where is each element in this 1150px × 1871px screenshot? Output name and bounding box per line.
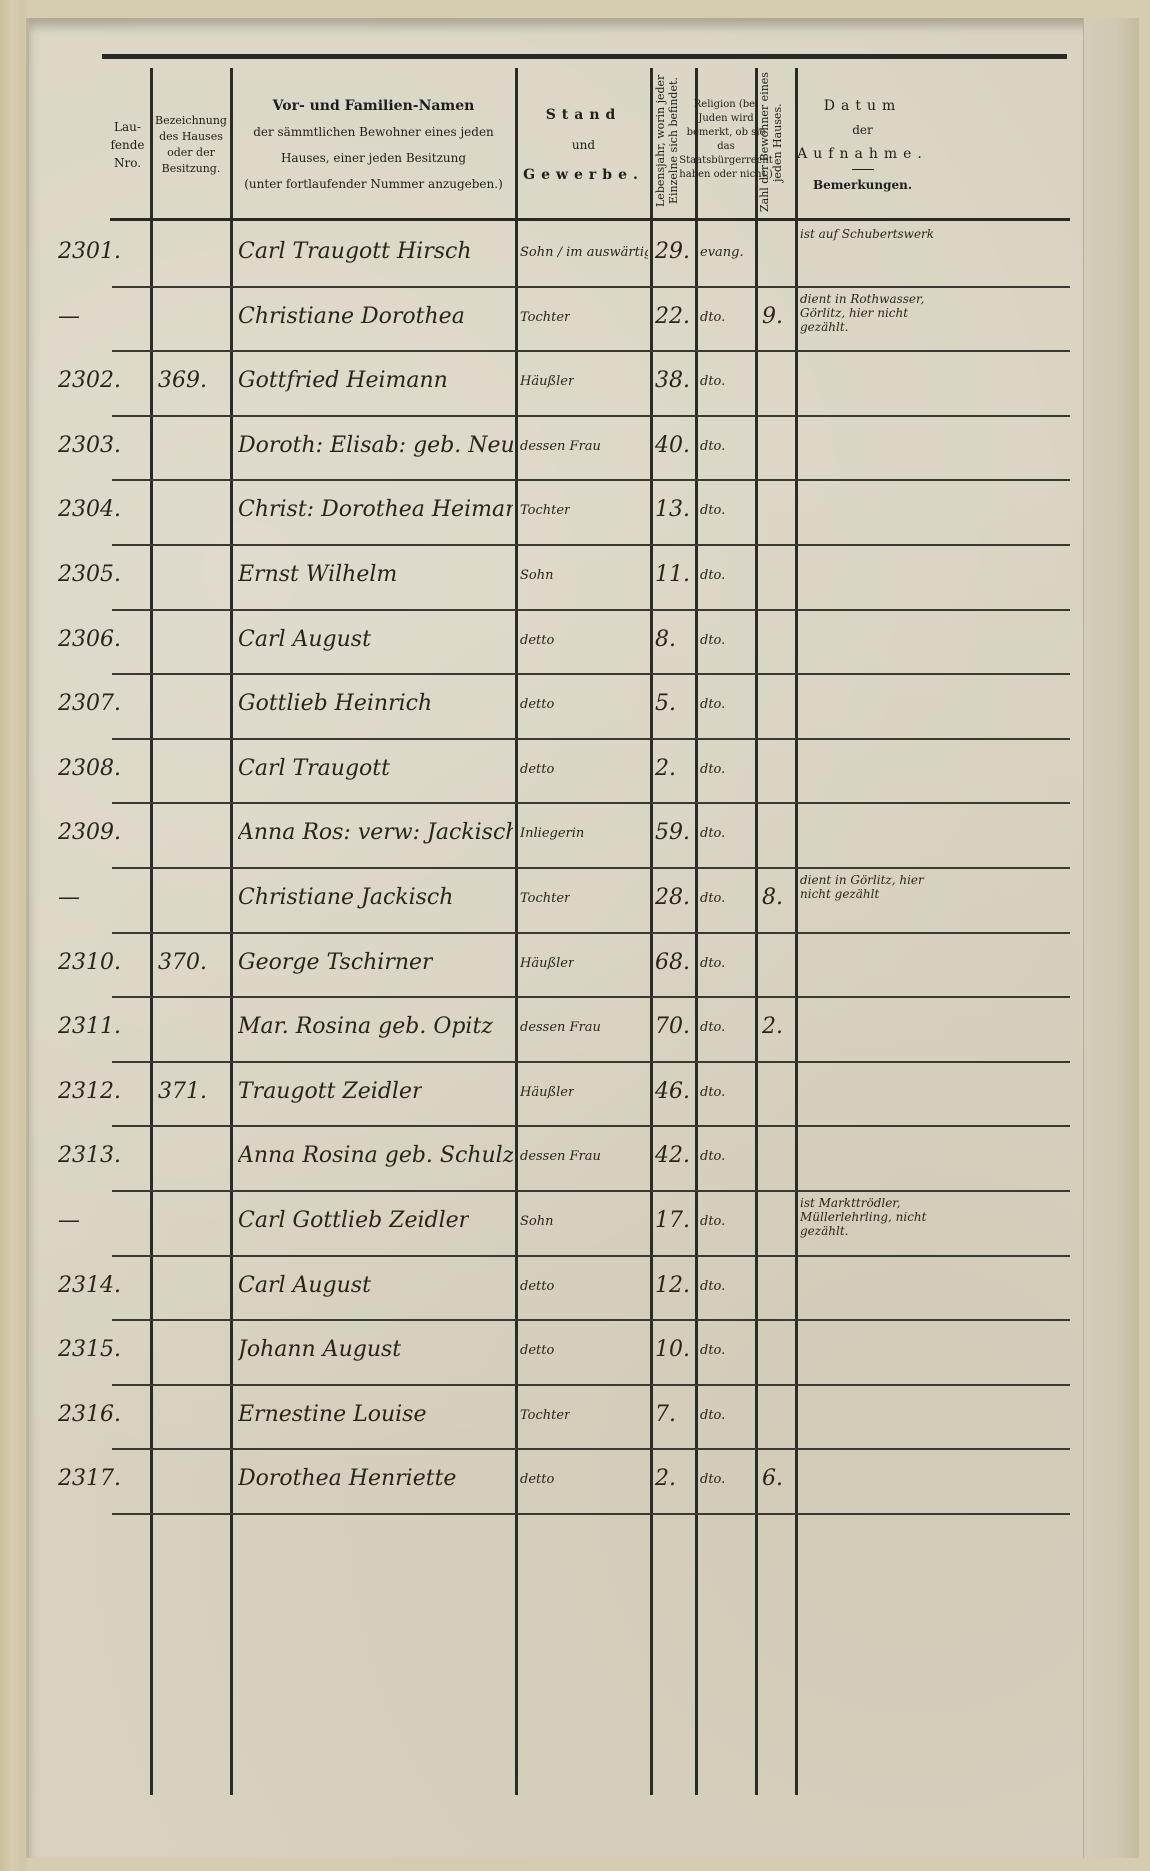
row-rule [112, 932, 1070, 934]
religion: dto. [700, 568, 725, 583]
row-rule [112, 996, 1070, 998]
resident-name: Christiane Jackisch [238, 885, 453, 910]
age: 40. [655, 433, 690, 458]
row-number: — [58, 1208, 80, 1233]
row-rule [112, 673, 1070, 675]
row-number: 2302. [58, 368, 121, 393]
row-rule [112, 1448, 1070, 1450]
header-top-rule [102, 54, 1067, 59]
religion: dto. [700, 762, 725, 777]
resident-name: Christiane Dorothea [238, 304, 465, 329]
header-bottom-rule [110, 218, 1070, 221]
age: 12. [655, 1273, 690, 1298]
row-rule [112, 479, 1070, 481]
age: 2. [655, 1466, 676, 1491]
remark: dient in Görlitz, hier nicht gezählt [800, 873, 950, 901]
header-stand-3: Gewerbe. [523, 166, 644, 184]
remark: ist auf Schubertswerk [800, 227, 950, 241]
row-rule [112, 1061, 1070, 1063]
header-bezeichnung-text: Bezeichnung des Hauses oder der Besitzun… [152, 113, 230, 177]
header-datum-divider [852, 169, 874, 170]
header-datum-3: Aufnahme. [797, 145, 928, 163]
header-datum-1: Datum [824, 97, 902, 115]
occupation: Häußler [520, 956, 574, 971]
age: 38. [655, 368, 690, 393]
age: 13. [655, 497, 690, 522]
religion: dto. [700, 1020, 725, 1035]
row-rule [112, 1319, 1070, 1321]
header-lebensjahr-text: Lebensjahr, worin jeder Einzelne sich be… [654, 75, 680, 207]
resident-name: Ernst Wilhelm [238, 562, 397, 587]
occupation: detto [520, 762, 554, 777]
occupation: dessen Frau [520, 1149, 601, 1164]
resident-name: Traugott Zeidler [238, 1079, 422, 1104]
house-number: 369. [158, 368, 207, 393]
resident-name: Carl Traugott Hirsch [238, 239, 472, 264]
header-laufende-nro: Lau- fende Nro. [105, 110, 150, 180]
occupation: Sohn [520, 1214, 553, 1229]
next-page-edge [1083, 18, 1139, 1858]
age: 29. [655, 239, 690, 264]
header-namen: Vor- und Familien-Namen der sämmtlichen … [232, 80, 515, 210]
row-rule [112, 350, 1070, 352]
occupation: dessen Frau [520, 1020, 601, 1035]
header-bezeichnung: Bezeichnung des Hauses oder der Besitzun… [152, 100, 230, 190]
row-rule [112, 802, 1070, 804]
age: 22. [655, 304, 690, 329]
age: 42. [655, 1143, 690, 1168]
age: 17. [655, 1208, 690, 1233]
religion: dto. [700, 1343, 725, 1358]
header-stand-2: und [572, 136, 595, 154]
resident-name: Gottfried Heimann [238, 368, 448, 393]
religion: dto. [700, 697, 725, 712]
row-number: 2314. [58, 1273, 121, 1298]
age: 46. [655, 1079, 690, 1104]
religion: dto. [700, 310, 725, 325]
resident-name: Carl Gottlieb Zeidler [238, 1208, 469, 1233]
resident-name: Carl Traugott [238, 756, 390, 781]
row-number: 2313. [58, 1143, 121, 1168]
header-namen-sub1: der sämmtlichen Bewohner eines jeden [253, 123, 494, 141]
header-namen-sub2: Hauses, einer jeden Besitzung [281, 149, 466, 167]
row-number: 2307. [58, 691, 121, 716]
row-number: 2301. [58, 239, 121, 264]
occupation: dessen Frau [520, 439, 601, 454]
occupation: Häußler [520, 374, 574, 389]
row-rule [112, 544, 1070, 546]
row-number: 2305. [58, 562, 121, 587]
header-bemerkungen: Bemerkungen. [813, 176, 912, 194]
resident-name: George Tschirner [238, 950, 433, 975]
row-rule [112, 1384, 1070, 1386]
age: 28. [655, 885, 690, 910]
remark: dient in Rothwasser, Görlitz, hier nicht… [800, 292, 950, 334]
occupation: detto [520, 1472, 554, 1487]
header-zahl: Zahl der Bewohner eines jeden Hauses. [758, 70, 792, 215]
resident-name: Anna Ros: verw: Jackisch geb. Wilke [238, 820, 513, 845]
resident-name: Gottlieb Heinrich [238, 691, 432, 716]
resident-name: Johann August [238, 1337, 401, 1362]
household-count: 2. [762, 1014, 783, 1039]
religion: dto. [700, 891, 725, 906]
remark: ist Markttrödler, Müllerlehrling, nicht … [800, 1196, 950, 1238]
occupation: Sohn [520, 568, 553, 583]
occupation: detto [520, 1343, 554, 1358]
occupation: Tochter [520, 891, 570, 906]
religion: dto. [700, 503, 725, 518]
header-zahl-text: Zahl der Bewohner eines jeden Hauses. [758, 73, 784, 213]
resident-name: Dorothea Henriette [238, 1466, 456, 1491]
age: 2. [655, 756, 676, 781]
occupation: Tochter [520, 1408, 570, 1423]
age: 10. [655, 1337, 690, 1362]
age: 59. [655, 820, 690, 845]
resident-name: Ernestine Louise [238, 1402, 426, 1427]
resident-name: Mar. Rosina geb. Opitz [238, 1014, 493, 1039]
row-number: 2309. [58, 820, 121, 845]
row-number: 2303. [58, 433, 121, 458]
religion: dto. [700, 1149, 725, 1164]
occupation: Tochter [520, 503, 570, 518]
resident-name: Christ: Dorothea Heimann [238, 497, 513, 522]
occupation: detto [520, 633, 554, 648]
row-number: 2317. [58, 1466, 121, 1491]
row-number: 2312. [58, 1079, 121, 1104]
religion: dto. [700, 1279, 725, 1294]
header-datum-2: der [852, 121, 873, 139]
religion: dto. [700, 1408, 725, 1423]
household-count: 6. [762, 1466, 783, 1491]
house-number: 370. [158, 950, 207, 975]
religion: dto. [700, 1214, 725, 1229]
age: 5. [655, 691, 676, 716]
row-rule [112, 1125, 1070, 1127]
row-number: 2310. [58, 950, 121, 975]
religion: dto. [700, 1085, 725, 1100]
row-number: 2315. [58, 1337, 121, 1362]
occupation: Häußler [520, 1085, 574, 1100]
occupation: detto [520, 697, 554, 712]
header-namen-title: Vor- und Familien-Namen [273, 97, 475, 115]
religion: dto. [700, 633, 725, 648]
occupation: detto [520, 1279, 554, 1294]
header-datum: Datum der Aufnahme. Bemerkungen. [800, 85, 925, 205]
row-number: 2306. [58, 627, 121, 652]
age: 11. [655, 562, 690, 587]
row-rule [112, 867, 1070, 869]
age: 70. [655, 1014, 690, 1039]
row-number: — [58, 304, 80, 329]
row-rule [112, 738, 1070, 740]
religion: dto. [700, 439, 725, 454]
row-number: — [58, 885, 80, 910]
row-rule [112, 609, 1070, 611]
header-stand-1: Stand [546, 106, 622, 124]
row-number: 2304. [58, 497, 121, 522]
row-rule [112, 1255, 1070, 1257]
occupation: Inliegerin [520, 826, 584, 841]
resident-name: Anna Rosina geb. Schulze [238, 1143, 513, 1168]
row-number: 2308. [58, 756, 121, 781]
header-stand: Stand und Gewerbe. [517, 90, 650, 200]
household-count: 9. [762, 304, 783, 329]
house-number: 371. [158, 1079, 207, 1104]
register-page [26, 18, 1139, 1858]
religion: dto. [700, 1472, 725, 1487]
resident-name: Carl August [238, 1273, 371, 1298]
header-religion: Religion (bei Juden wird bemerkt, ob sie… [697, 64, 755, 216]
occupation: Sohn / im auswärtigen Feldgeschäft [520, 245, 648, 260]
household-count: 8. [762, 885, 783, 910]
religion: dto. [700, 374, 725, 389]
religion: dto. [700, 826, 725, 841]
religion: evang. [700, 245, 744, 260]
row-rule [112, 415, 1070, 417]
row-rule [112, 286, 1070, 288]
row-number: 2316. [58, 1402, 121, 1427]
age: 7. [655, 1402, 676, 1427]
resident-name: Carl August [238, 627, 371, 652]
religion: dto. [700, 956, 725, 971]
row-rule [112, 1190, 1070, 1192]
header-namen-sub3: (unter fortlaufender Nummer anzugeben.) [244, 175, 503, 193]
age: 8. [655, 627, 676, 652]
age: 68. [655, 950, 690, 975]
occupation: Tochter [520, 310, 570, 325]
row-number: 2311. [58, 1014, 121, 1039]
resident-name: Doroth: Elisab: geb. Neumann [238, 433, 513, 458]
row-rule [112, 1513, 1070, 1515]
header-laufende-nro-text: Lau- fende Nro. [105, 118, 150, 172]
